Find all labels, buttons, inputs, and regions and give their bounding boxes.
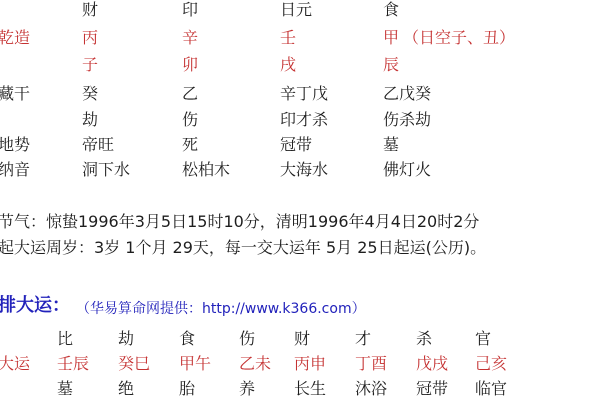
day-stem: 壬 <box>280 28 296 48</box>
life-stage-month: 死 <box>182 135 198 155</box>
year-branch: 子 <box>82 55 98 75</box>
hidden-gods-month: 伤 <box>182 110 198 130</box>
luck-pillar-7: 戊戌 <box>416 354 448 374</box>
luck-pillar-4: 乙未 <box>239 354 271 374</box>
luck-section-title: 排大运： <box>0 296 70 316</box>
solar-terms-line: 节气：惊蛰1996年3月5日15时10分，清明1996年4月4日20时2分 <box>0 212 479 232</box>
life-stage-row: 地势 帝旺 死 冠带 墓 <box>0 135 600 157</box>
hidden-stems-year: 癸 <box>82 84 98 104</box>
luck-start-line: 起大运周岁：3岁 1个月 29天，每一交大运年 5月 25日起运(公历)。 <box>0 238 486 258</box>
luck-row-label: 大运 <box>0 354 30 374</box>
hidden-gods-hour: 伤杀劫 <box>383 110 431 130</box>
luck-pillar-8: 己亥 <box>475 354 507 374</box>
hour-stem: 甲 <box>383 28 399 48</box>
luck-pillar-6: 丁酉 <box>355 354 387 374</box>
hidden-stems-day: 辛丁戊 <box>280 84 328 104</box>
luck-god-8: 官 <box>475 329 491 349</box>
nayin-row: 纳音 洞下水 松柏木 大海水 佛灯火 <box>0 160 600 182</box>
luck-stage-1: 墓 <box>57 379 73 399</box>
day-void-note: （日空子、丑） <box>403 28 515 48</box>
ten-god-month2: 印 <box>182 0 198 20</box>
luck-pillar-5: 丙申 <box>294 354 326 374</box>
hidden-stems-month: 乙 <box>182 84 198 104</box>
ten-god-day-master: 日元 <box>280 0 312 20</box>
life-stage-year: 帝旺 <box>82 135 114 155</box>
luck-ten-gods-row: 比 劫 食 伤 财 才 杀 官 <box>0 329 600 351</box>
luck-god-7: 杀 <box>416 329 432 349</box>
luck-god-5: 财 <box>294 329 310 349</box>
month-branch: 卯 <box>182 55 198 75</box>
hidden-gods-day: 印才杀 <box>280 110 328 130</box>
source-note: （华易算命网提供：http://www.k366.com） <box>76 299 366 319</box>
luck-god-1: 比 <box>57 329 73 349</box>
luck-stage-6: 沐浴 <box>355 379 387 399</box>
bazi-chart-page: 财 印 日元 食 乾造 丙 辛 壬 甲 （日空子、丑） 子 卯 戌 辰 藏干 癸… <box>0 0 600 400</box>
luck-pillar-1: 壬辰 <box>57 354 89 374</box>
life-stage-label: 地势 <box>0 135 30 155</box>
luck-god-3: 食 <box>179 329 195 349</box>
luck-pillar-2: 癸巳 <box>118 354 150 374</box>
stems-row: 乾造 丙 辛 壬 甲 （日空子、丑） <box>0 28 600 50</box>
month-stem: 辛 <box>182 28 198 48</box>
luck-stage-7: 冠带 <box>416 379 448 399</box>
nayin-year: 洞下水 <box>82 160 130 180</box>
nayin-month: 松柏木 <box>182 160 230 180</box>
year-stem: 丙 <box>82 28 98 48</box>
chart-type-label: 乾造 <box>0 28 30 48</box>
ten-god-month: 财 <box>82 0 98 20</box>
luck-god-4: 伤 <box>239 329 255 349</box>
luck-pillars-row: 大运 壬辰 癸巳 甲午 乙未 丙申 丁酉 戊戌 己亥 <box>0 354 600 376</box>
life-stage-day: 冠带 <box>280 135 312 155</box>
hidden-gods-row: 劫 伤 印才杀 伤杀劫 <box>0 110 600 132</box>
ten-god-hour: 食 <box>383 0 399 20</box>
day-branch: 戌 <box>280 55 296 75</box>
hidden-gods-year: 劫 <box>82 110 98 130</box>
luck-stage-5: 长生 <box>294 379 326 399</box>
luck-stage-2: 绝 <box>118 379 134 399</box>
hidden-stems-label: 藏干 <box>0 84 30 104</box>
nayin-day: 大海水 <box>280 160 328 180</box>
luck-god-2: 劫 <box>118 329 134 349</box>
hidden-stems-hour: 乙戊癸 <box>383 84 431 104</box>
branches-row: 子 卯 戌 辰 <box>0 55 600 77</box>
luck-stage-3: 胎 <box>179 379 195 399</box>
hidden-stems-row: 藏干 癸 乙 辛丁戊 乙戊癸 <box>0 84 600 106</box>
nayin-label: 纳音 <box>0 160 30 180</box>
nayin-hour: 佛灯火 <box>383 160 431 180</box>
luck-stage-8: 临官 <box>475 379 507 399</box>
hour-branch: 辰 <box>383 55 399 75</box>
luck-stage-4: 养 <box>239 379 255 399</box>
luck-heading-row: 排大运： （华易算命网提供：http://www.k366.com） <box>0 296 600 320</box>
luck-pillar-3: 甲午 <box>179 354 211 374</box>
ten-gods-row: 财 印 日元 食 <box>0 0 600 22</box>
luck-stages-row: 墓 绝 胎 养 长生 沐浴 冠带 临官 <box>0 379 600 400</box>
life-stage-hour: 墓 <box>383 135 399 155</box>
luck-god-6: 才 <box>355 329 371 349</box>
